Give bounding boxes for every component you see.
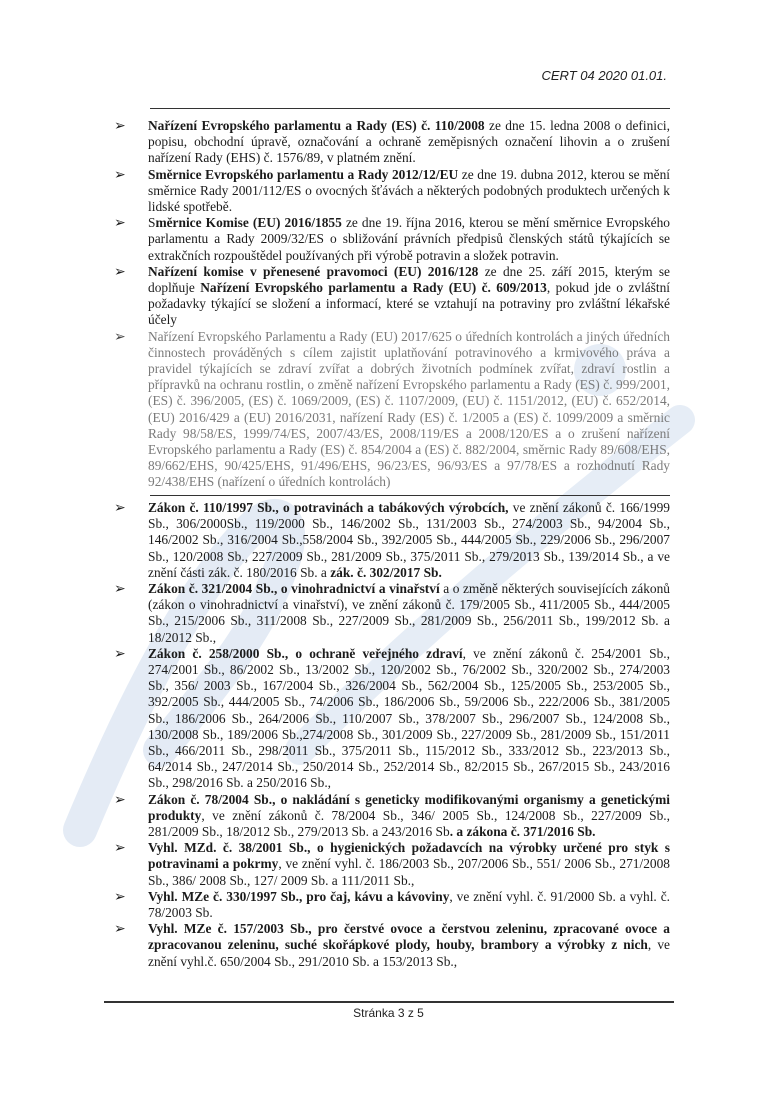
arrow-bullet-icon: ➢ xyxy=(114,329,126,345)
eu-regulations-list: ➢Nařízení Evropského parlamentu a Rady (… xyxy=(110,118,670,491)
footer-divider xyxy=(104,1001,674,1003)
legal-reference-title: . a zákona č. 371/2016 Sb. xyxy=(450,824,596,839)
arrow-bullet-icon: ➢ xyxy=(114,840,126,856)
arrow-bullet-icon: ➢ xyxy=(114,500,126,516)
list-item: ➢Vyhl. MZe č. 157/2003 Sb., pro čerstvé … xyxy=(110,921,670,970)
legal-reference-title: Zákon č. 258/2000 Sb., o ochraně veřejné… xyxy=(148,646,463,661)
legal-reference-title: Nařízení Evropského parlamentu a Rady (E… xyxy=(200,280,547,295)
arrow-bullet-icon: ➢ xyxy=(114,889,126,905)
arrow-bullet-icon: ➢ xyxy=(114,792,126,808)
arrow-bullet-icon: ➢ xyxy=(114,167,126,183)
legal-reference-title: Vyhl. MZe č. 330/1997 Sb., pro čaj, kávu… xyxy=(148,889,449,904)
list-item: ➢Nařízení Evropského Parlamentu a Rady (… xyxy=(110,329,670,491)
legal-reference-title: Směrnice Evropského parlamentu a Rady 20… xyxy=(148,167,458,182)
document-code: CERT 04 2020 01.01. xyxy=(541,68,667,83)
section-divider xyxy=(150,495,670,496)
list-item: ➢Zákon č. 258/2000 Sb., o ochraně veřejn… xyxy=(110,646,670,792)
list-item: ➢Nařízení komise v přenesené pravomoci (… xyxy=(110,264,670,329)
legal-reference-title: Vyhl. MZe č. 157/2003 Sb., pro čerstvé o… xyxy=(148,921,670,952)
legal-reference-title: Nařízení Evropského parlamentu a Rady (E… xyxy=(148,118,485,133)
legal-reference-text: , ve znění zákonů č. 254/2001 Sb., 274/2… xyxy=(148,646,670,791)
legal-reference-title: měrnice Komise (EU) 2016/1855 xyxy=(155,215,341,230)
list-item: ➢Zákon č. 321/2004 Sb., o vinohradnictví… xyxy=(110,581,670,646)
header-divider xyxy=(150,108,670,109)
arrow-bullet-icon: ➢ xyxy=(114,646,126,662)
legal-reference-text: Nařízení Evropského Parlamentu a Rady (E… xyxy=(148,329,670,490)
list-item: ➢Zákon č. 78/2004 Sb., o nakládání s gen… xyxy=(110,792,670,841)
page-number: Stránka 3 z 5 xyxy=(0,1006,777,1020)
czech-laws-list: ➢Zákon č. 110/1997 Sb., o potravinách a … xyxy=(110,500,670,970)
list-item: ➢Směrnice Komise (EU) 2016/1855 ze dne 1… xyxy=(110,215,670,264)
list-item: ➢Vyhl. MZd. č. 38/2001 Sb., o hygienický… xyxy=(110,840,670,889)
arrow-bullet-icon: ➢ xyxy=(114,921,126,937)
arrow-bullet-icon: ➢ xyxy=(114,118,126,134)
legal-reference-title: Zákon č. 321/2004 Sb., o vinohradnictví … xyxy=(148,581,440,596)
legal-reference-title: Nařízení komise v přenesené pravomoci (E… xyxy=(148,264,478,279)
arrow-bullet-icon: ➢ xyxy=(114,215,126,231)
arrow-bullet-icon: ➢ xyxy=(114,581,126,597)
list-item: ➢Nařízení Evropského parlamentu a Rady (… xyxy=(110,118,670,167)
list-item: ➢Směrnice Evropského parlamentu a Rady 2… xyxy=(110,167,670,216)
list-item: ➢Zákon č. 110/1997 Sb., o potravinách a … xyxy=(110,500,670,581)
list-item: ➢Vyhl. MZe č. 330/1997 Sb., pro čaj, káv… xyxy=(110,889,670,921)
legal-reference-title: Zákon č. 110/1997 Sb., o potravinách a t… xyxy=(148,500,509,515)
legal-reference-title: zák. č. 302/2017 Sb. xyxy=(330,565,442,580)
arrow-bullet-icon: ➢ xyxy=(114,264,126,280)
